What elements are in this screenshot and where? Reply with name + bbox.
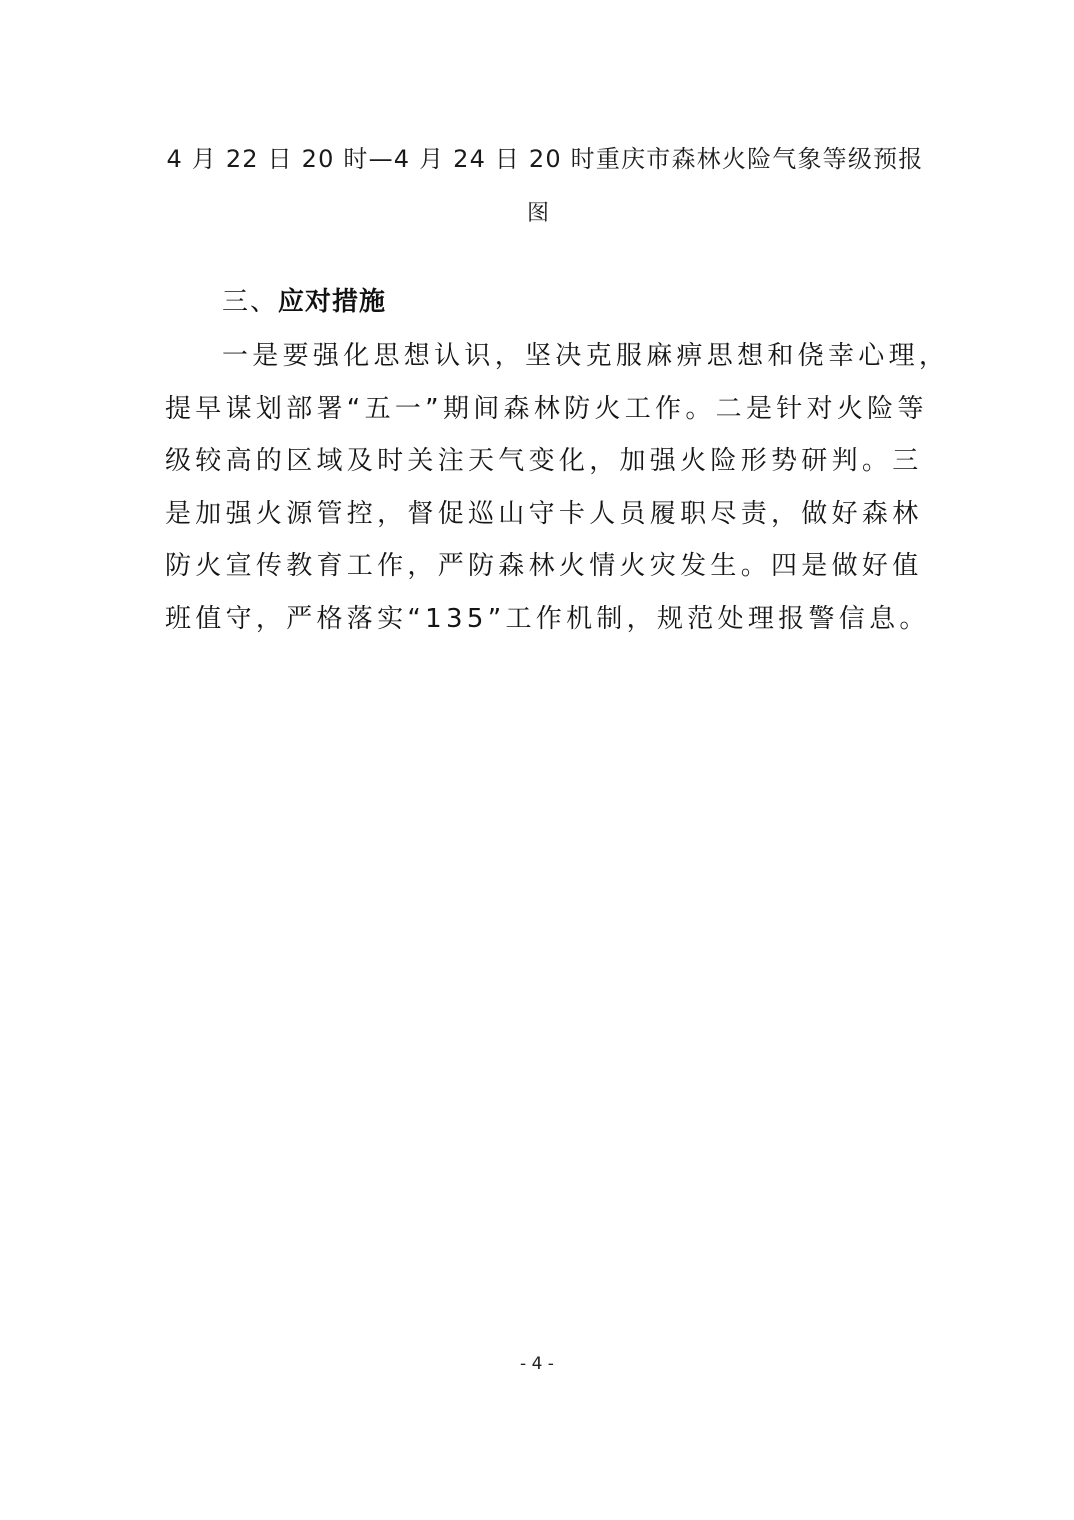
body-line: 是加强火源管控，督促巡山守卡人员履职尽责，做好森林 — [165, 488, 913, 541]
body-paragraph: 一是要强化思想认识，坚决克服麻痹思想和侥幸心理， 提早谋划部署“五一”期间森林防… — [165, 330, 913, 645]
body-line: 防火宣传教育工作，严防森林火情火灾发生。四是做好值 — [165, 540, 913, 593]
section-heading: 三、应对措施 — [222, 282, 386, 322]
page-number: - 4 - — [0, 1352, 1074, 1376]
figure-caption-line-1: 4 月 22 日 20 时—4 月 24 日 20 时重庆市森林火险气象等级预报 — [165, 140, 925, 178]
section-title: 应对措施 — [278, 287, 386, 317]
body-line: 班值守，严格落实“135”工作机制，规范处理报警信息。 — [165, 593, 913, 646]
document-page: 4 月 22 日 20 时—4 月 24 日 20 时重庆市森林火险气象等级预报… — [0, 0, 1074, 1520]
figure-caption-line-2: 图 — [165, 196, 911, 232]
body-line: 一是要强化思想认识，坚决克服麻痹思想和侥幸心理， — [165, 330, 913, 383]
body-line: 级较高的区域及时关注天气变化，加强火险形势研判。三 — [165, 435, 913, 488]
section-number: 三、 — [222, 287, 278, 317]
body-line: 提早谋划部署“五一”期间森林防火工作。二是针对火险等 — [165, 383, 913, 436]
